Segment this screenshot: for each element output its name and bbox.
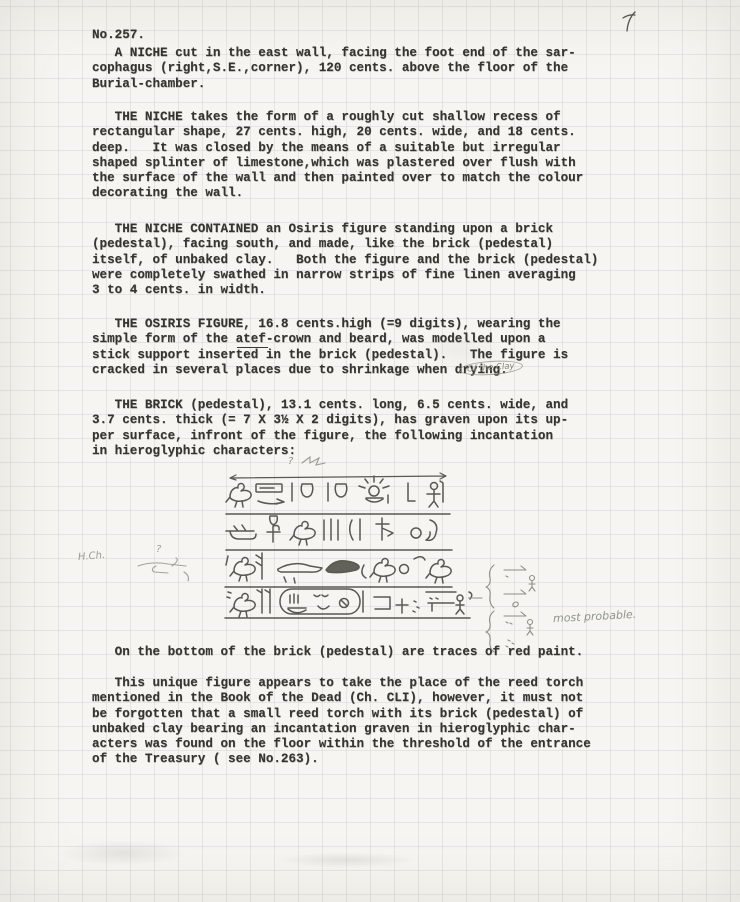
pencil-tick-mark: [618, 8, 644, 36]
pencil-bracket-sketch: [468, 562, 564, 654]
pencil-scribble-above-figure: [300, 450, 332, 470]
document-number: No.257.: [92, 28, 145, 43]
hieroglyph-row-1: [226, 476, 443, 507]
pencil-question-mark-figure: ?: [288, 456, 293, 467]
hieroglyph-row-2: [226, 516, 437, 545]
scanned-document-page: No.257. A NICHE cut in the east wall, fa…: [0, 0, 740, 902]
hieroglyph-inscription-drawing: [222, 470, 480, 624]
hieroglyph-row-4: [227, 589, 472, 617]
atef-word-underline: [237, 347, 268, 348]
hieroglyph-row-3: [226, 553, 451, 583]
paragraph-niche-location: A NICHE cut in the east wall, facing the…: [92, 46, 576, 92]
paragraph-niche-form: THE NICHE takes the form of a roughly cu…: [92, 110, 583, 202]
paper-smudge: [276, 852, 416, 868]
pencil-sledge-sketch: [134, 550, 196, 582]
paragraph-discussion: This unique figure appears to take the p…: [92, 676, 591, 768]
pencil-note-most-probable: most probable.: [553, 608, 637, 625]
paragraph-niche-contents: THE NICHE CONTAINED an Osiris figure sta…: [92, 222, 598, 298]
paper-smudge: [58, 840, 188, 866]
pencil-margin-initials: H.Ch.: [78, 550, 106, 563]
